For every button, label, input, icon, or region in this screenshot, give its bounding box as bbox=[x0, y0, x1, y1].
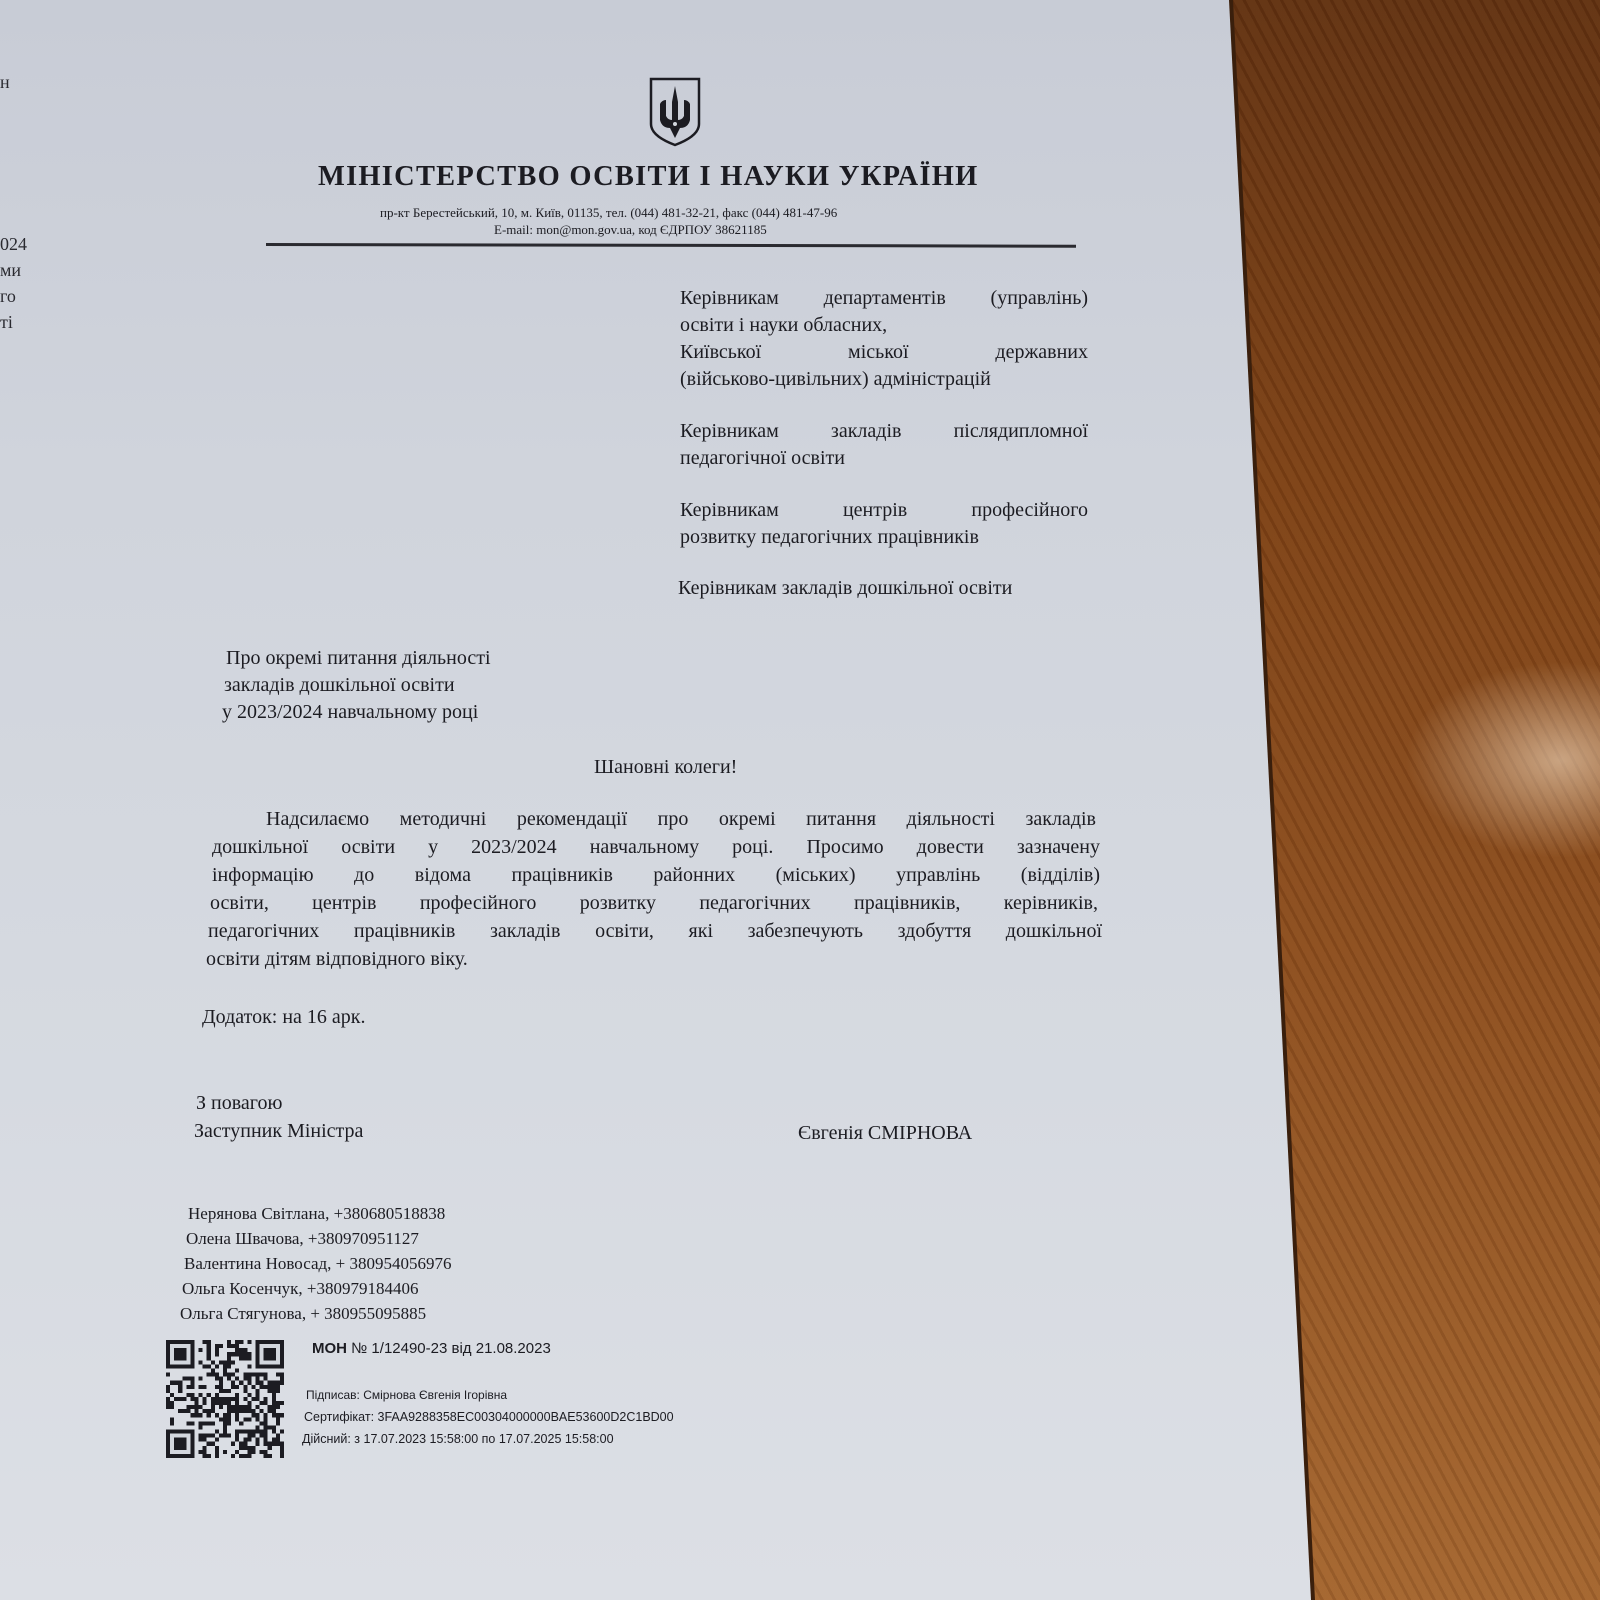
recipient-block: Керівникам закладів післядипломної педаг… bbox=[680, 418, 1088, 472]
underlying-page-fragment: ми bbox=[0, 260, 21, 281]
recipient-line: Київської міської державних bbox=[680, 339, 1088, 366]
recipient-line: Керівникам закладів післядипломної bbox=[680, 418, 1088, 445]
signer-position: Заступник Міністра bbox=[194, 1120, 363, 1143]
document-number-label: МОН bbox=[312, 1340, 347, 1357]
ministry-name: МІНІСТЕРСТВО ОСВІТИ І НАУКИ УКРАЇНИ bbox=[318, 160, 979, 193]
certificate-id: Сертифікат: 3FAA9288358EC00304000000BAE5… bbox=[304, 1410, 674, 1424]
contact-person: Олена Швачова, +380970951127 bbox=[186, 1229, 419, 1249]
underlying-page-fragment: ті bbox=[0, 312, 13, 333]
ministry-address: пр-кт Берестейський, 10, м. Київ, 01135,… bbox=[380, 205, 837, 221]
recipient-block: Керівникам центрів професійного розвитку… bbox=[680, 497, 1088, 551]
recipient-line: освіти і науки обласних, bbox=[680, 312, 1088, 339]
recipient-block: Керівникам департаментів (управлінь) осв… bbox=[680, 285, 1088, 393]
recipient-line: Керівникам центрів професійного bbox=[680, 497, 1088, 524]
contact-person: Ольга Косенчук, +380979184406 bbox=[182, 1279, 419, 1299]
recipient-line: розвитку педагогічних працівників bbox=[680, 524, 1088, 551]
underlying-page-fragment: 024 bbox=[0, 234, 27, 255]
closing-regards: З повагою bbox=[196, 1092, 282, 1115]
recipient-line: (військово-цивільних) адміністрацій bbox=[680, 366, 1088, 393]
signed-by: Підписав: Смірнова Євгенія Ігорівна bbox=[306, 1388, 507, 1402]
subject-line: закладів дошкільної освіти bbox=[224, 672, 455, 699]
underlying-page-fragment: н bbox=[0, 72, 10, 93]
body-line: Надсилаємо методичні рекомендації про ок… bbox=[266, 808, 1096, 831]
subject-line: Про окремі питання діяльності bbox=[226, 645, 491, 672]
contact-person: Ольга Стягунова, + 380955095885 bbox=[180, 1304, 426, 1324]
recipient-line: Керівникам закладів дошкільної освіти bbox=[678, 575, 1086, 602]
subject-line: у 2023/2024 навчальному році bbox=[222, 699, 478, 726]
qr-code-icon bbox=[166, 1340, 284, 1458]
document-number: МОН № 1/12490-23 від 21.08.2023 bbox=[312, 1340, 551, 1357]
contact-person: Нерянова Світлана, +380680518838 bbox=[188, 1204, 445, 1224]
body-line: інформацію до відома працівників районни… bbox=[212, 864, 1100, 887]
ministry-contacts: E-mail: mon@mon.gov.ua, код ЄДРПОУ 38621… bbox=[494, 222, 767, 238]
recipient-line: Керівникам департаментів (управлінь) bbox=[680, 285, 1088, 312]
body-line: дошкільної освіти у 2023/2024 навчальном… bbox=[212, 836, 1100, 859]
body-line: освіти, центрів професійного розвитку пе… bbox=[210, 892, 1098, 915]
certificate-validity: Дійсний: з 17.07.2023 15:58:00 по 17.07.… bbox=[302, 1432, 614, 1446]
attachment-note: Додаток: на 16 арк. bbox=[202, 1006, 366, 1029]
trident-coat-of-arms-icon bbox=[648, 76, 702, 148]
document-number-value: № 1/12490-23 від 21.08.2023 bbox=[351, 1340, 551, 1357]
contact-person: Валентина Новосад, + 380954056976 bbox=[184, 1254, 451, 1274]
recipient-line: педагогічної освіти bbox=[680, 445, 1088, 472]
body-line: педагогічних працівників закладів освіти… bbox=[208, 920, 1102, 943]
underlying-page-fragment: го bbox=[0, 286, 16, 307]
salutation: Шановні колеги! bbox=[594, 756, 737, 779]
recipient-block: Керівникам закладів дошкільної освіти bbox=[678, 575, 1086, 602]
signer-name: Євгенія СМІРНОВА bbox=[798, 1122, 972, 1145]
body-line: освіти дітям відповідного віку. bbox=[206, 948, 1094, 971]
